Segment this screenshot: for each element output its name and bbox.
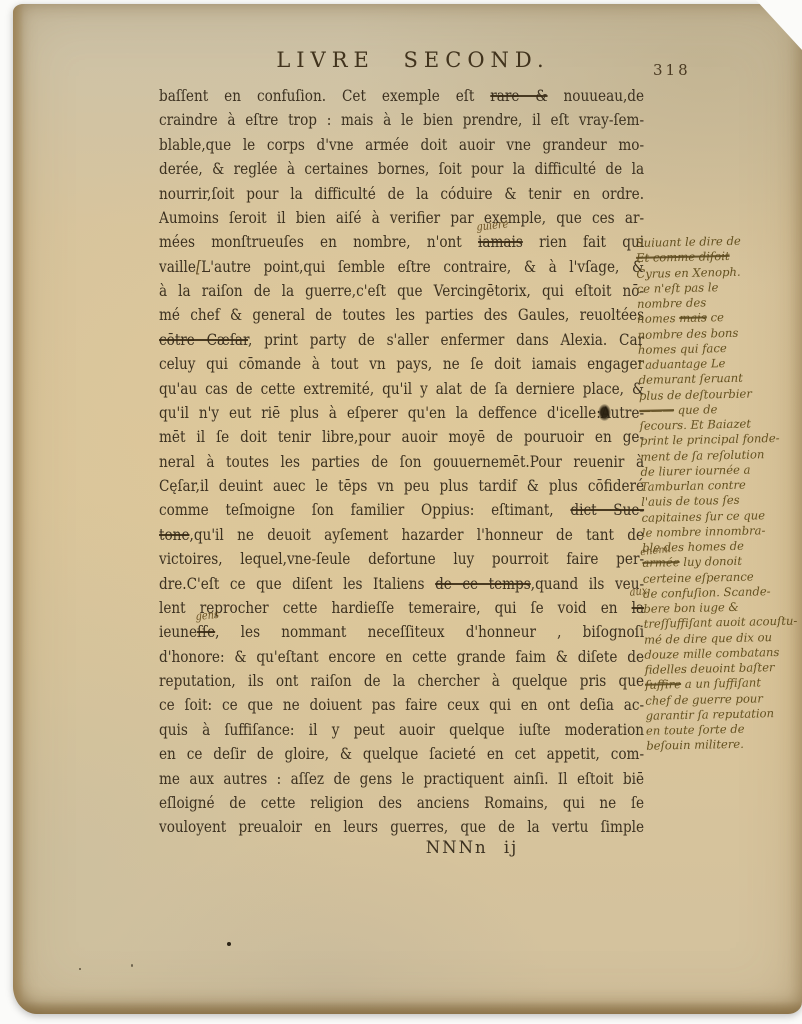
printed-text: certeine eſperance (643, 569, 754, 585)
printed-text: garantir ſa reputation (645, 706, 774, 723)
printed-text: eſloigné de cette religion des anciens R… (159, 793, 644, 812)
body-text-line: derée, & reglée à certaines bornes, ſoit… (159, 157, 644, 181)
printed-text: L'autre point,qui ſemble eſtre contraire… (201, 257, 644, 276)
hand-interlinear-word: guiere (476, 219, 509, 234)
body-text-line: neral à toutes les parties de ſon gouuer… (159, 450, 644, 474)
handwritten-marginalia: Suiuant le dire deEt comme diſoitCyrus e… (636, 232, 802, 754)
printed-text: , les nommant neceſſiteux d'honneur , bi… (215, 622, 644, 641)
paper-speck (79, 968, 81, 970)
printed-text: Cyrus en Xenoph. (636, 264, 740, 280)
body-text-line: cōtre Cæſar, print party de s'aller enfe… (159, 328, 644, 352)
printed-text: treſſuffiſant auoit acouſtu- (644, 614, 798, 631)
printed-text: vaille (159, 257, 196, 276)
printed-text: lent reprocher cette hardieſſe temeraire… (159, 598, 632, 617)
printed-text: en ce deſir de gloire, & quelque ſacieté… (159, 744, 644, 763)
page-number: 318 (653, 61, 691, 79)
printed-text: Aumoins ſeroit il bien aiſé à verifier p… (159, 208, 644, 227)
printed-text: que de (674, 402, 718, 417)
printed-text: qu'au cas de cette extremité, qu'il y al… (159, 379, 644, 398)
printed-text: ieune (159, 622, 197, 641)
body-text-line: celuy qui cōmande à tout vn pays, ne ſe … (159, 352, 644, 376)
printed-text: quis à ſuffiſance: il y peut auoir quelq… (159, 720, 644, 739)
struck-text: Et comme diſoit (636, 249, 730, 265)
struck-text: ——— (639, 403, 674, 418)
body-text-line: lent reprocher cette hardieſſe temeraire… (159, 596, 644, 620)
printed-text: beſouin militere. (646, 737, 744, 753)
printed-text: ment de ſa reſolution (640, 447, 764, 464)
printed-text: ſecours. Et Baiazet (639, 417, 751, 433)
printed-text: le nombre innombra- (642, 523, 766, 540)
body-text-line: mēt il ſe doit tenir libre,pour auoir mo… (159, 425, 644, 449)
page-left-edge (13, 4, 24, 1014)
printed-text: blable,que le corps d'vne armée doit auo… (159, 135, 644, 154)
body-text-line: comme teſmoigne ſon familier Oppius: eſt… (159, 498, 644, 522)
printed-text: capitaines ſur ce que (641, 508, 765, 525)
printed-text: de confuſion. Scande- (643, 584, 771, 601)
printed-text: bere bon iuge & (643, 600, 739, 616)
struck-text: mais (679, 311, 707, 326)
struck-text: arméeenemi (642, 555, 679, 570)
printed-text: en toute ſorte de (646, 722, 745, 738)
struck-text: ſſegens (197, 622, 215, 641)
printed-text: fidelles deuoint baſter (645, 660, 775, 677)
printed-text: qu'il n'y eut riē plus à eſperer qu'en l… (159, 403, 601, 422)
page-bottom-edge (13, 1001, 802, 1014)
paper-speck (131, 964, 133, 967)
printed-text: de liurer iournée a (640, 462, 750, 478)
body-text-line: ieuneſſegens, les nommant neceſſiteux d'… (159, 620, 644, 644)
ink-blot-letter: A (601, 403, 611, 422)
hand-interlinear-word: gens (195, 609, 219, 623)
body-text-line: eſloigné de cette religion des anciens R… (159, 791, 644, 815)
body-text-line: victoires, lequel,vne-ſeule defortune lu… (159, 547, 644, 571)
printed-text: mées monſtrueuſes en nombre, n'ont (159, 232, 478, 251)
printed-text: nombre des bons (638, 325, 739, 341)
printed-text: à la raiſon de la guerre,c'eſt que Verci… (159, 281, 644, 300)
printed-text: Tamburlan contre (641, 478, 746, 494)
printed-text: Cęſar,il deuint auec le tēps vn peu plus… (159, 476, 644, 495)
printed-text: ce n'eſt pas le (637, 280, 719, 296)
body-text-line: à la raiſon de la guerre,c'eſt que Verci… (159, 279, 644, 303)
printed-text: ſeule defortune luy pourroit faire per- (316, 549, 644, 568)
printed-text: ,quand ils veu- (531, 574, 644, 593)
printed-text: Suiuant le dire de (636, 234, 741, 250)
marginalia-line: douze mille combatans (644, 644, 802, 663)
printed-text: baſſent en confuſion. Cet exemple eſt (159, 86, 490, 105)
struck-text: cōtre Cæſar (159, 330, 248, 349)
struck-text: iamaisguiere (478, 232, 523, 251)
printed-text: ,qu'il ne deuoit ayſement hazarder l'hon… (190, 525, 645, 544)
printed-text: nouueau,de (548, 86, 645, 105)
printed-text: ce ſoit: ce que ne doiuent pas faire ceu… (159, 695, 644, 714)
body-text-line: nourrir,ſoit pour la difficulté de la có… (159, 182, 644, 206)
struck-text: ſuffire (645, 677, 681, 692)
printed-text: ce (707, 310, 724, 324)
printed-text: demurant ſeruant (638, 371, 742, 387)
body-text-line: quis à ſuffiſance: il y peut auoir quelq… (159, 718, 644, 742)
running-header: LIVRE SECOND. (153, 48, 673, 72)
body-text-line: ce ſoit: ce que ne doiuent pas faire ceu… (159, 693, 644, 717)
paper-speck (227, 942, 231, 946)
printed-text: nombre des (637, 295, 706, 310)
printed-text: d'honore: & qu'eſtant encore en cette gr… (159, 647, 644, 666)
printed-text: comme teſmoigne ſon familier Oppius: eſt… (159, 500, 570, 519)
struck-text: rare & (490, 86, 547, 105)
struck-text: dict Sue- (570, 500, 644, 519)
body-text-line: en ce deſir de gloire, & quelque ſacieté… (159, 742, 644, 766)
body-text-line: craindre à eſtre trop : mais à le bien p… (159, 108, 644, 132)
hand-interlinear-word: enemi (640, 545, 672, 558)
body-text-line: qu'au cas de cette extremité, qu'il y al… (159, 377, 644, 401)
body-text-line: d'honore: & qu'eſtant encore en cette gr… (159, 645, 644, 669)
printed-text: vouloyent preualoir en leurs guerres, qu… (159, 817, 644, 836)
body-text-line: tone,qu'il ne deuoit ayſement hazarder l… (159, 523, 644, 547)
struck-text: laaux (632, 598, 644, 617)
body-text-line: mé chef & general de toutes les parties … (159, 303, 644, 327)
marginalia-line: beſouin militere. (646, 735, 802, 754)
printed-text: reputation, ils ont raiſon de la cherche… (159, 671, 644, 690)
printed-text: nourrir,ſoit pour la difficulté de la có… (159, 184, 644, 203)
printed-text: craindre à eſtre trop : mais à le bien p… (159, 110, 644, 129)
printed-text: a un ſuffiſant (681, 676, 761, 692)
printed-text: mé chef & general de toutes les parties … (159, 305, 644, 324)
body-text-line: baſſent en confuſion. Cet exemple eſt ra… (159, 84, 644, 108)
printed-text: l'aduantage Le (638, 356, 725, 372)
printed-text: plus de deſtourbier (639, 386, 752, 402)
printed-text: homes qui face (638, 341, 727, 357)
body-text-line: me aux autres : aſſez de gens le practiq… (159, 767, 644, 791)
printed-text: douze mille combatans (644, 645, 779, 662)
printed-text: victoires, lequel,vne (159, 549, 311, 568)
scanned-book-photo: { "page": { "header": { "title": "LIVRE … (0, 0, 802, 1024)
printed-text: luy donoit (679, 554, 742, 569)
body-text-line: vouloyent preualoir en leurs guerres, qu… (159, 815, 644, 839)
signature-mark: NNNn ij (387, 838, 557, 857)
printed-text: mēt il ſe doit tenir libre,pour auoir mo… (159, 427, 644, 446)
printed-text: neral à toutes les parties de ſon gouuer… (159, 452, 644, 471)
struck-text: tone (159, 525, 190, 544)
printed-text: derée, & reglée à certaines bornes, ſoit… (159, 159, 644, 178)
printed-text: mé de dire que dix ou (644, 630, 772, 647)
printed-text: print le principal fonde- (640, 431, 780, 448)
printed-text: dre.C'eſt ce que diſent les Italiens (159, 574, 435, 593)
book-page: LIVRE SECOND. 318 baſſent en confuſion. … (13, 4, 802, 1014)
printed-text: homes (637, 311, 679, 326)
printed-text: , print party de s'aller enfermer dans A… (248, 330, 644, 349)
marginalia-line: treſſuffiſant auoit acouſtu- (644, 613, 802, 632)
printed-text: rien fait qui (523, 232, 644, 251)
body-text-line: qu'il n'y eut riē plus à eſperer qu'en l… (159, 401, 644, 425)
body-text-line: dre.C'eſt ce que diſent les Italiens de … (159, 572, 644, 596)
printed-text: l'auis de tous ſes (641, 493, 740, 509)
body-text-line: Cęſar,il deuint auec le tēps vn peu plus… (159, 474, 644, 498)
printed-text: chef de guerre pour (645, 691, 763, 707)
printed-text: me aux autres : aſſez de gens le practiq… (159, 769, 644, 788)
body-text-line: Aumoins ſeroit il bien aiſé à verifier p… (159, 206, 644, 230)
struck-text: de ce temps (435, 574, 531, 593)
printed-text: celuy qui cōmande à tout vn pays, ne ſe … (159, 354, 644, 373)
body-text-line: mées monſtrueuſes en nombre, n'ont iamai… (159, 230, 644, 254)
body-text-line: blable,que le corps d'vne armée doit auo… (159, 133, 644, 157)
body-text-line: reputation, ils ont raiſon de la cherche… (159, 669, 644, 693)
body-text-line: vaille[L'autre point,qui ſemble eſtre co… (159, 255, 644, 279)
